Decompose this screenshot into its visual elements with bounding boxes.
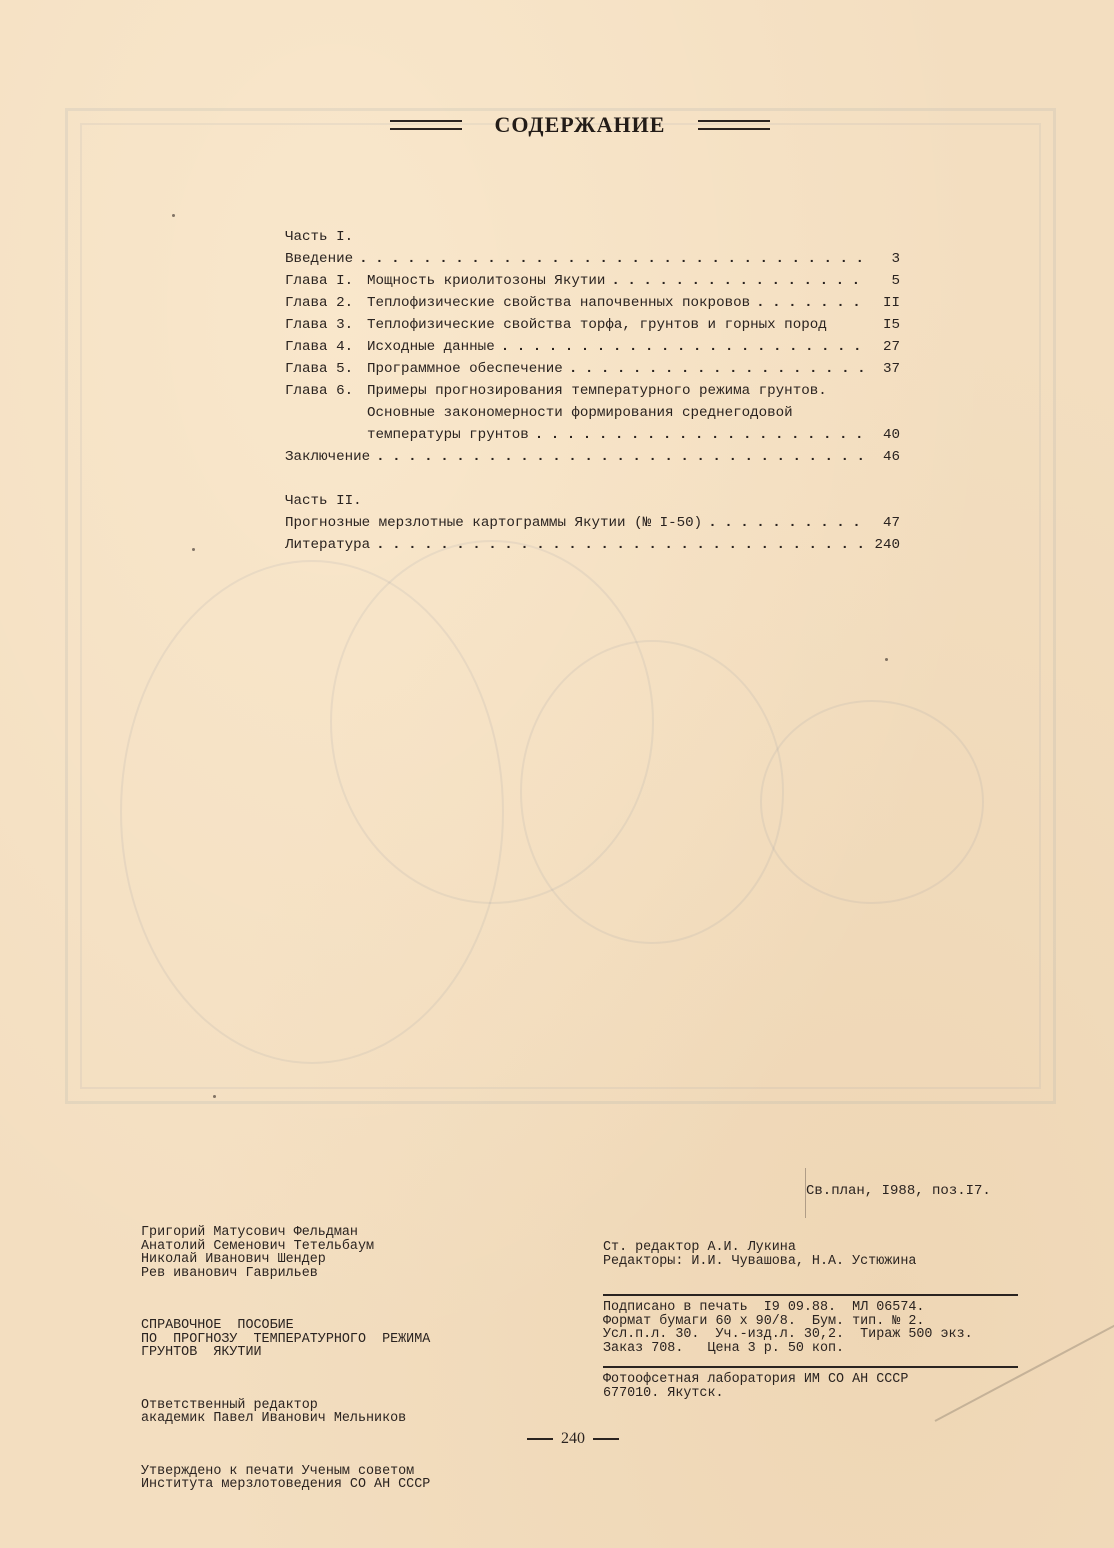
editor-line: Редакторы: И.И. Чувашова, Н.А. Устюжина <box>603 1255 916 1269</box>
toc-entry: Глава 4.Исходные данные.................… <box>285 336 900 358</box>
part-1-heading: Часть I. <box>285 226 353 248</box>
dot-leader: ........................................… <box>702 512 866 534</box>
entry-title: Введение <box>285 248 353 270</box>
bleed-through-contour <box>760 700 984 904</box>
entry-title: Литература <box>285 534 370 556</box>
authors-list: Григорий Матусович ФельдманАнатолий Семе… <box>141 1226 430 1280</box>
entry-page: 27 <box>866 336 900 358</box>
paper-speck <box>885 658 888 661</box>
part-heading: Часть I. <box>285 226 900 248</box>
responsible-editor-line: академик Павел Иванович Мельников <box>141 1412 430 1426</box>
entry-title: Теплофизические свойства напочвенных пок… <box>367 292 750 314</box>
toc-entry: Глава 5.Программное обеспечение.........… <box>285 358 900 380</box>
dot-leader: ........................................… <box>353 248 866 270</box>
entry-page: 3 <box>866 248 900 270</box>
toc-entry: Заключение..............................… <box>285 446 900 468</box>
entry-page: 37 <box>866 358 900 380</box>
editor-line: Ст. редактор А.И. Лукина <box>603 1241 916 1255</box>
table-of-contents: Часть I. Введение.......................… <box>285 226 900 556</box>
approval-block: Утверждено к печати Ученым советомИнстит… <box>141 1465 430 1492</box>
title-rule-right <box>698 120 770 130</box>
author-name: Николай Иванович Шендер <box>141 1253 430 1267</box>
bleed-through-contour <box>520 640 784 944</box>
book-title-block: СПРАВОЧНОЕ ПОСОБИЕПО ПРОГНОЗУ ТЕМПЕРАТУР… <box>141 1319 430 1360</box>
toc-entry: Основные закономерности формирования сре… <box>285 402 900 424</box>
entry-page: II <box>866 292 900 314</box>
chapter-number: Глава 4. <box>285 336 367 358</box>
part-1-entries: Введение................................… <box>285 248 900 468</box>
divider-rule <box>603 1294 1018 1296</box>
entry-title: Теплофизические свойства торфа, грунтов … <box>367 314 827 336</box>
entry-title: Основные закономерности формирования сре… <box>367 402 793 424</box>
toc-entry: Глава 6.Примеры прогнозирования температ… <box>285 380 900 402</box>
chapter-number: Глава I. <box>285 270 367 292</box>
entry-page: 5 <box>866 270 900 292</box>
toc-entry: Глава 3.Теплофизические свойства торфа, … <box>285 314 900 336</box>
paper-speck <box>172 214 175 217</box>
dot-leader: ........................................… <box>495 336 866 358</box>
entry-page: 46 <box>866 446 900 468</box>
laboratory-line: 677010. Якутск. <box>603 1387 908 1401</box>
chapter-number: Глава 5. <box>285 358 367 380</box>
folio-dash-left <box>527 1438 553 1440</box>
toc-entry: температуры грунтов.....................… <box>285 424 900 446</box>
editors-block: Ст. редактор А.И. ЛукинаРедакторы: И.И. … <box>603 1241 916 1269</box>
book-title-line: ПО ПРОГНОЗУ ТЕМПЕРАТУРНОГО РЕЖИМА <box>141 1333 430 1347</box>
part-2-heading: Часть II. <box>285 490 362 512</box>
entry-title: Примеры прогнозирования температурного р… <box>367 380 827 402</box>
entry-title: Исходные данные <box>367 336 495 358</box>
print-detail-line: Подписано в печать I9 09.88. МЛ 06574. <box>603 1301 973 1315</box>
chapter-number: Глава 2. <box>285 292 367 314</box>
author-name: Григорий Матусович Фельдман <box>141 1226 430 1240</box>
entry-page: 47 <box>866 512 900 534</box>
author-name: Анатолий Семенович Тетельбаум <box>141 1240 430 1254</box>
entry-page: 40 <box>866 424 900 446</box>
paper-speck <box>213 1095 216 1098</box>
part-heading: Часть II. <box>285 490 900 512</box>
page-title: СОДЕРЖАНИЕ <box>495 112 666 138</box>
laboratory-line: Фотоофсетная лаборатория ИМ СО АН СССР <box>603 1373 908 1387</box>
entry-page: I5 <box>866 314 900 336</box>
entry-title: Заключение <box>285 446 370 468</box>
entry-page: 240 <box>866 534 900 556</box>
title-rule-left <box>390 120 462 130</box>
page-number-text: 240 <box>561 1430 585 1448</box>
author-name: Рев иванович Гаврильев <box>141 1267 430 1281</box>
divider-rule <box>603 1366 1018 1368</box>
print-detail-line: Усл.п.л. 30. Уч.-изд.л. 30,2. Тираж 500 … <box>603 1328 973 1342</box>
dot-leader: ........................................… <box>563 358 866 380</box>
print-details-block: Подписано в печать I9 09.88. МЛ 06574.Фо… <box>603 1301 973 1355</box>
print-detail-line: Заказ 708. Цена 3 р. 50 коп. <box>603 1342 973 1356</box>
entry-title: Программное обеспечение <box>367 358 563 380</box>
page-number: 240 <box>527 1430 619 1448</box>
toc-entry: Прогнозные мерзлотные картограммы Якутии… <box>285 512 900 534</box>
toc-entry: Литература..............................… <box>285 534 900 556</box>
section-gap <box>285 468 900 490</box>
dot-leader: ........................................… <box>529 424 866 446</box>
entry-title: Мощность криолитозоны Якутии <box>367 270 605 292</box>
laboratory-block: Фотоофсетная лаборатория ИМ СО АН СССР67… <box>603 1373 908 1400</box>
publication-plan: Св.план, I988, поз.I7. <box>806 1183 991 1199</box>
toc-entry: Введение................................… <box>285 248 900 270</box>
bleed-through-contour <box>120 560 504 1064</box>
chapter-number: Глава 6. <box>285 380 367 402</box>
toc-entry: Глава 2.Теплофизические свойства напочве… <box>285 292 900 314</box>
book-title-line: ГРУНТОВ ЯКУТИИ <box>141 1346 430 1360</box>
imprint-left-column: Григорий Матусович ФельдманАнатолий Семе… <box>141 1199 430 1517</box>
part-2-entries: Прогнозные мерзлотные картограммы Якутии… <box>285 512 900 556</box>
responsible-editor-line: Ответственный редактор <box>141 1399 430 1413</box>
approval-line: Утверждено к печати Ученым советом <box>141 1465 430 1479</box>
print-detail-line: Формат бумаги 60 х 90/8. Бум. тип. № 2. <box>603 1315 973 1329</box>
dot-leader: ........................................… <box>750 292 866 314</box>
folio-dash-right <box>593 1438 619 1440</box>
dot-leader: ........................................… <box>370 534 866 556</box>
book-title-line: СПРАВОЧНОЕ ПОСОБИЕ <box>141 1319 430 1333</box>
responsible-editor-block: Ответственный редакторакадемик Павел Ива… <box>141 1399 430 1426</box>
paper-speck <box>192 548 195 551</box>
toc-entry: Глава I.Мощность криолитозоны Якутии....… <box>285 270 900 292</box>
chapter-number: Глава 3. <box>285 314 367 336</box>
entry-title: температуры грунтов <box>367 424 529 446</box>
entry-title: Прогнозные мерзлотные картограммы Якутии… <box>285 512 702 534</box>
dot-leader: ........................................… <box>605 270 866 292</box>
approval-line: Института мерзлотоведения СО АН СССР <box>141 1478 430 1492</box>
contents-header: СОДЕРЖАНИЕ <box>390 112 770 138</box>
dot-leader: ........................................… <box>370 446 866 468</box>
